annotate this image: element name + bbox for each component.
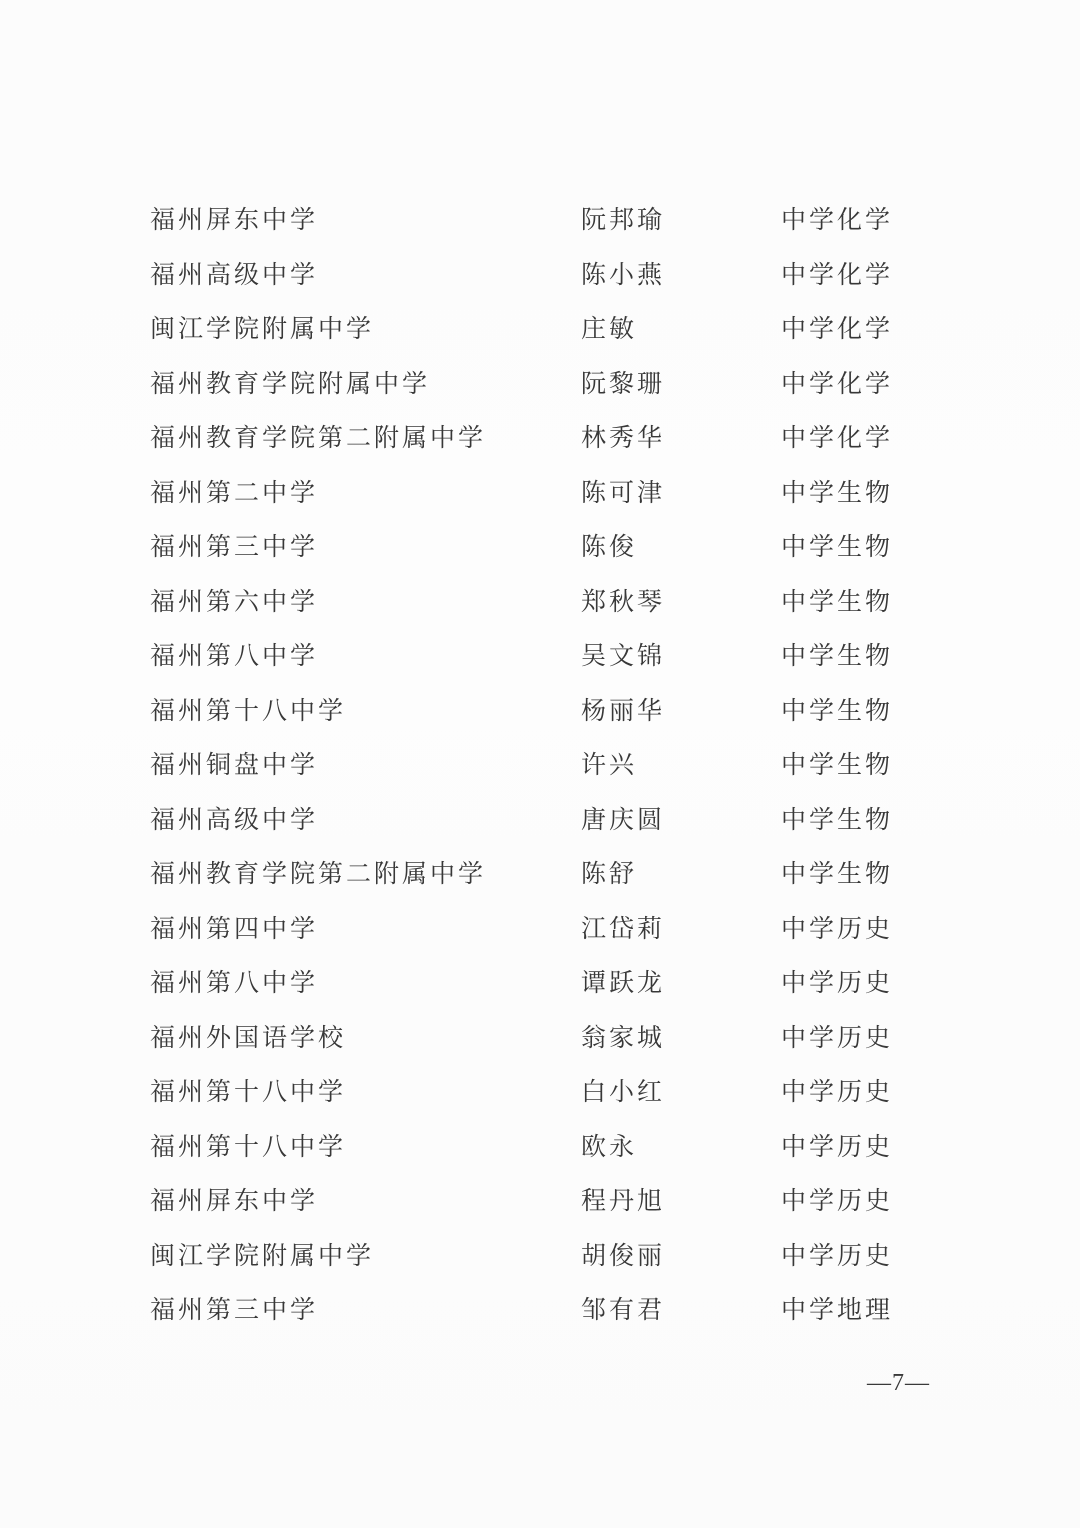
subject-cell: 中学生物 — [781, 691, 1080, 727]
teacher-name-cell: 程丹旭 — [581, 1181, 781, 1217]
teacher-name-cell: 阮邦瑜 — [581, 200, 781, 236]
table-row: 福州第十八中学 欧永 中学历史 — [150, 1118, 1080, 1173]
table-row: 福州第三中学 陈俊 中学生物 — [150, 518, 1080, 573]
teacher-name-cell: 许兴 — [581, 745, 781, 781]
page-number: —7— — [867, 1370, 930, 1396]
subject-cell: 中学历史 — [781, 1181, 1080, 1217]
teacher-name-cell: 郑秋琴 — [581, 582, 781, 618]
table-row: 福州第四中学 江岱莉 中学历史 — [150, 900, 1080, 955]
teacher-name-cell: 陈小燕 — [581, 255, 781, 291]
teacher-name-cell: 胡俊丽 — [581, 1236, 781, 1272]
subject-cell: 中学化学 — [781, 255, 1080, 291]
school-cell: 福州高级中学 — [150, 800, 581, 836]
subject-cell: 中学历史 — [781, 1018, 1080, 1054]
school-cell: 闽江学院附属中学 — [150, 1236, 581, 1272]
school-cell: 福州铜盘中学 — [150, 745, 581, 781]
subject-cell: 中学化学 — [781, 309, 1080, 345]
subject-cell: 中学化学 — [781, 364, 1080, 400]
table-row: 福州屏东中学 阮邦瑜 中学化学 — [150, 191, 1080, 246]
page-footer: —7— — [867, 1370, 930, 1397]
subject-cell: 中学生物 — [781, 473, 1080, 509]
teacher-name-cell: 陈舒 — [581, 854, 781, 890]
subject-cell: 中学历史 — [781, 1236, 1080, 1272]
teacher-name-cell: 阮黎珊 — [581, 364, 781, 400]
table-row: 福州外国语学校 翁家城 中学历史 — [150, 1009, 1080, 1064]
subject-cell: 中学生物 — [781, 527, 1080, 563]
school-cell: 福州第十八中学 — [150, 691, 581, 727]
table-row: 福州教育学院第二附属中学 林秀华 中学化学 — [150, 409, 1080, 464]
school-cell: 福州屏东中学 — [150, 200, 581, 236]
school-cell: 福州第三中学 — [150, 527, 581, 563]
school-cell: 福州第十八中学 — [150, 1127, 581, 1163]
teacher-name-cell: 白小红 — [581, 1072, 781, 1108]
table-row: 福州第十八中学 白小红 中学历史 — [150, 1063, 1080, 1118]
school-cell: 福州教育学院附属中学 — [150, 364, 581, 400]
table-row: 闽江学院附属中学 胡俊丽 中学历史 — [150, 1227, 1080, 1282]
table-row: 闽江学院附属中学 庄敏 中学化学 — [150, 300, 1080, 355]
teacher-name-cell: 陈俊 — [581, 527, 781, 563]
teacher-name-cell: 唐庆圆 — [581, 800, 781, 836]
subject-cell: 中学历史 — [781, 909, 1080, 945]
subject-cell: 中学地理 — [781, 1290, 1080, 1326]
school-cell: 福州教育学院第二附属中学 — [150, 418, 581, 454]
table-row: 福州第八中学 吴文锦 中学生物 — [150, 627, 1080, 682]
teacher-name-cell: 吴文锦 — [581, 636, 781, 672]
table-row: 福州第三中学 邹有君 中学地理 — [150, 1281, 1080, 1336]
school-cell: 福州外国语学校 — [150, 1018, 581, 1054]
subject-cell: 中学化学 — [781, 418, 1080, 454]
teacher-name-cell: 陈可津 — [581, 473, 781, 509]
subject-cell: 中学化学 — [781, 200, 1080, 236]
table-row: 福州第八中学 谭跃龙 中学历史 — [150, 954, 1080, 1009]
teacher-name-cell: 翁家城 — [581, 1018, 781, 1054]
teacher-name-cell: 林秀华 — [581, 418, 781, 454]
subject-cell: 中学生物 — [781, 854, 1080, 890]
school-cell: 福州高级中学 — [150, 255, 581, 291]
school-cell: 福州第四中学 — [150, 909, 581, 945]
school-cell: 闽江学院附属中学 — [150, 309, 581, 345]
school-cell: 福州屏东中学 — [150, 1181, 581, 1217]
subject-cell: 中学生物 — [781, 636, 1080, 672]
teacher-name-cell: 杨丽华 — [581, 691, 781, 727]
school-cell: 福州第二中学 — [150, 473, 581, 509]
teacher-name-cell: 谭跃龙 — [581, 963, 781, 999]
school-cell: 福州第八中学 — [150, 636, 581, 672]
table-row: 福州第六中学 郑秋琴 中学生物 — [150, 573, 1080, 628]
subject-cell: 中学生物 — [781, 745, 1080, 781]
school-cell: 福州第三中学 — [150, 1290, 581, 1326]
subject-cell: 中学历史 — [781, 1072, 1080, 1108]
subject-cell: 中学生物 — [781, 800, 1080, 836]
school-cell: 福州第十八中学 — [150, 1072, 581, 1108]
subject-cell: 中学历史 — [781, 963, 1080, 999]
subject-cell: 中学生物 — [781, 582, 1080, 618]
document-page: 福州屏东中学 阮邦瑜 中学化学 福州高级中学 陈小燕 中学化学 闽江学院附属中学… — [0, 0, 1080, 1528]
school-cell: 福州第六中学 — [150, 582, 581, 618]
school-cell: 福州第八中学 — [150, 963, 581, 999]
table-row: 福州教育学院第二附属中学 陈舒 中学生物 — [150, 845, 1080, 900]
table-row: 福州教育学院附属中学 阮黎珊 中学化学 — [150, 355, 1080, 410]
table-row: 福州第十八中学 杨丽华 中学生物 — [150, 682, 1080, 737]
table-row: 福州屏东中学 程丹旭 中学历史 — [150, 1172, 1080, 1227]
table-row: 福州高级中学 陈小燕 中学化学 — [150, 246, 1080, 301]
teacher-name-cell: 欧永 — [581, 1127, 781, 1163]
table-row: 福州高级中学 唐庆圆 中学生物 — [150, 791, 1080, 846]
table-row: 福州铜盘中学 许兴 中学生物 — [150, 736, 1080, 791]
teacher-list-table: 福州屏东中学 阮邦瑜 中学化学 福州高级中学 陈小燕 中学化学 闽江学院附属中学… — [150, 191, 1080, 1336]
subject-cell: 中学历史 — [781, 1127, 1080, 1163]
school-cell: 福州教育学院第二附属中学 — [150, 854, 581, 890]
teacher-name-cell: 江岱莉 — [581, 909, 781, 945]
teacher-name-cell: 庄敏 — [581, 309, 781, 345]
table-row: 福州第二中学 陈可津 中学生物 — [150, 464, 1080, 519]
teacher-name-cell: 邹有君 — [581, 1290, 781, 1326]
